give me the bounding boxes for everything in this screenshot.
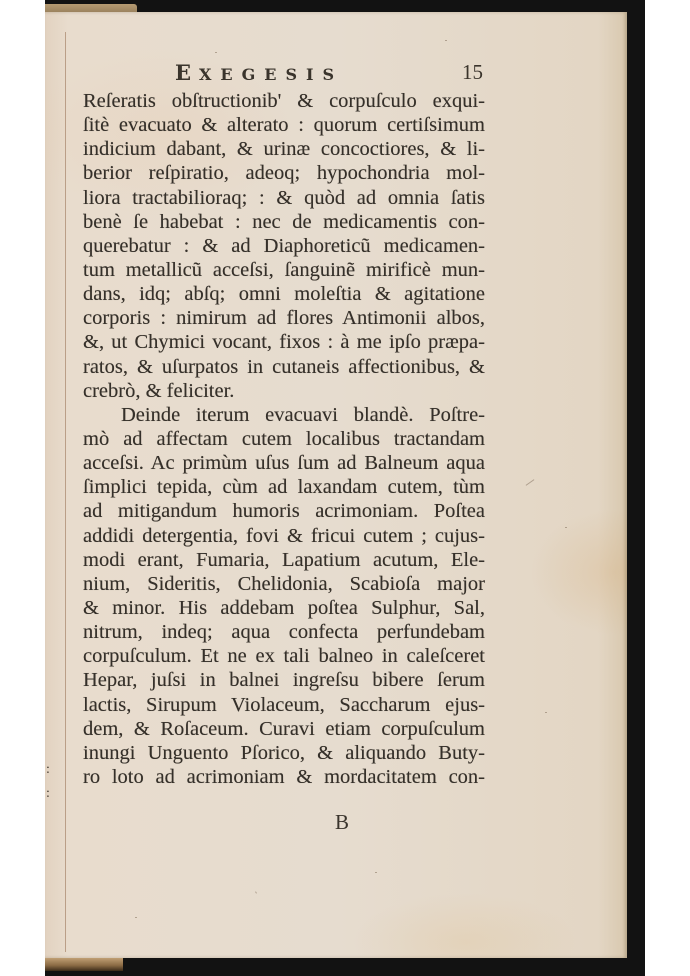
text-line: tum metallicũ acceſsi, ſanguinẽ mirificè…: [83, 258, 485, 282]
text-line: lactis, Sirupum Violaceum, Saccharum eju…: [83, 693, 485, 717]
text-line: crebrò, & feliciter.: [83, 379, 485, 403]
paragraph-1: Reſeratis obſtructionib' & corpuſculo ex…: [83, 89, 485, 403]
text-line: dans, idq; abſq; omni moleſtia & agitati…: [83, 282, 485, 306]
running-head: EXEGESIS: [175, 60, 385, 85]
text-line: benè ſe habebat : nec de medicamentis co…: [83, 210, 485, 234]
text-line: ſimplici tepida, cùm ad laxandam cutem, …: [83, 475, 485, 499]
text-line: indicium dabant, & urinæ concoctiores, &…: [83, 137, 485, 161]
text-line: liora tractabilioraq; : & quòd ad omnia …: [83, 186, 485, 210]
text-line: ro loto ad acrimoniam & mordacitatem con…: [83, 765, 485, 789]
text-line: mò ad affectam cutem localibus tractanda…: [83, 427, 485, 451]
text-line: & minor. His addebam poſtea Sulphur, Sal…: [83, 596, 485, 620]
running-head-rest: XEGESIS: [199, 65, 343, 84]
text-line: addidi detergentia, fovi & fricui cutem …: [83, 524, 485, 548]
text-line: Deinde iterum evacuavi blandè. Poſtre-: [83, 403, 485, 427]
body-text: Reſeratis obſtructionib' & corpuſculo ex…: [83, 89, 485, 789]
page-number: 15: [462, 60, 483, 85]
text-line: dem, & Roſaceum. Curavi etiam corpuſculu…: [83, 717, 485, 741]
text-line: corpuſculum. Et ne ex tali balneo in cal…: [83, 644, 485, 668]
text-line: nium, Sideritis, Chelidonia, Scabioſa ma…: [83, 572, 485, 596]
text-line: modi erant, Fumaria, Lapatium acutum, El…: [83, 548, 485, 572]
text-line: inungi Unguento Pſorico, & aliquando But…: [83, 741, 485, 765]
text-line: querebatur : & ad Diaphoreticũ medicamen…: [83, 234, 485, 258]
text-line: Reſeratis obſtructionib' & corpuſculo ex…: [83, 89, 485, 113]
text-line: corporis : nimirum ad flores Antimonii a…: [83, 306, 485, 330]
text-line: Hepar, juſsi in balnei ingreſsu bibere ſ…: [83, 668, 485, 692]
text-line: acceſsi. Ac primùm uſus ſum ad Balneum a…: [83, 451, 485, 475]
torn-page-edge-bottom: [45, 957, 123, 971]
margin-mark: :: [46, 786, 50, 802]
text-line: berior reſpiratio, adeoq; hypochondria m…: [83, 161, 485, 185]
paragraph-2: Deinde iterum evacuavi blandè. Poſtre- m…: [83, 403, 485, 789]
text-line: ad mitigandum humoris acrimoniam. Poſtea: [83, 499, 485, 523]
text-line: ratos, & uſurpatos in cutaneis affection…: [83, 355, 485, 379]
text-line: ſitè evacuato & alterato : quorum certiſ…: [83, 113, 485, 137]
signature-mark: B: [335, 810, 349, 835]
margin-mark: :: [46, 762, 50, 778]
text-line: nitrum, indeq; aqua confecta perfundebam: [83, 620, 485, 644]
text-line: &, ut Chymici vocant, fixos : à me ipſo …: [83, 330, 485, 354]
running-head-initial: E: [175, 60, 199, 85]
gutter-fold-line: [65, 32, 66, 952]
